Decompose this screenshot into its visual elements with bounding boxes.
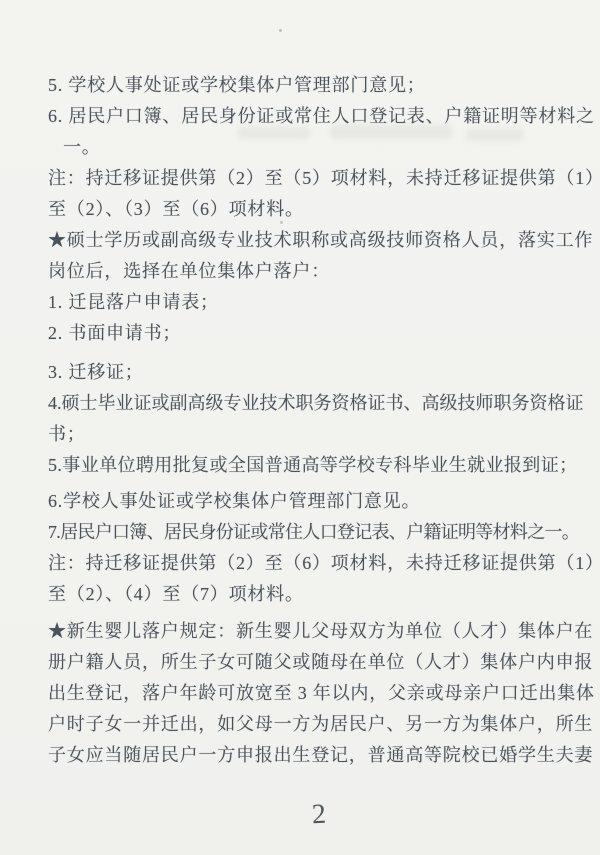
text-line: 4.硕士毕业证或副高级专业技术职务资格证书、高级技师职务资格证 — [48, 388, 568, 419]
text-line: 至（2）、（4）至（7）项材料。 — [48, 579, 568, 610]
section-note-transfer-cert-2: 注：持迁移证提供第（2）至（6）项材料，未持迁移证提供第（1）至（2）、（4）至… — [48, 548, 568, 610]
text-line: ★新生婴儿落户规定：新生婴儿父母双方为单位（人才）集体户在 — [48, 616, 568, 647]
text-line: 7.居民户口簿、居民身份证或常住人口登记表、户籍证明等材料之一。 — [48, 517, 568, 548]
section-master-items-1-2: 1. 迁昆落户申请表；2. 书面申请书； — [48, 287, 568, 349]
text-line: 一。 — [48, 132, 568, 163]
scan-speck — [279, 29, 282, 32]
text-line: 岗位后，选择在单位集体户落户： — [48, 256, 568, 287]
text-line: 册户籍人员，所生子女可随父或随母在单位（人才）集体户内申报 — [48, 647, 568, 678]
text-line: 注：持迁移证提供第（2）至（6）项材料，未持迁移证提供第（1） — [48, 548, 568, 579]
text-line: 1. 迁昆落户申请表； — [48, 287, 568, 318]
text-line: 6.学校人事处证或学校集体户管理部门意见。 — [48, 486, 568, 517]
text-line: 2. 书面申请书； — [48, 318, 568, 349]
text-line: 注：持迁移证提供第（2）至（5）项材料，未持迁移证提供第（1） — [48, 163, 568, 194]
section-note-transfer-cert-1: 注：持迁移证提供第（2）至（5）项材料，未持迁移证提供第（1）至（2）、（3）至… — [48, 163, 568, 225]
document-page: 5. 学校人事处证或学校集体户管理部门意见；6. 居民户口簿、居民身份证或常住人… — [0, 0, 600, 855]
text-line: 户时子女一并迁出，如父母一方为居民户、另一方为集体户，所生 — [48, 709, 568, 740]
section-list-continued: 5. 学校人事处证或学校集体户管理部门意见；6. 居民户口簿、居民身份证或常住人… — [48, 70, 568, 163]
text-line: 出生登记，落户年龄可放宽至 3 年以内，父亲或母亲户口迁出集体 — [48, 678, 568, 709]
text-line: 5. 学校人事处证或学校集体户管理部门意见； — [48, 70, 568, 101]
text-line: 5.事业单位聘用批复或全国普通高等学校专科毕业生就业报到证； — [48, 450, 568, 481]
document-text-block: 5. 学校人事处证或学校集体户管理部门意见；6. 居民户口簿、居民身份证或常住人… — [48, 70, 568, 771]
section-master-items-3-5: 3. 迁移证；4.硕士毕业证或副高级专业技术职务资格证书、高级技师职务资格证书；… — [48, 357, 568, 481]
text-line: 至（2）、（3）至（6）项材料。 — [48, 194, 568, 225]
text-line: 书； — [48, 419, 568, 450]
text-line: 3. 迁移证； — [48, 357, 568, 388]
section-master-degree-intro: ★硕士学历或副高级专业技术职称或高级技师资格人员，落实工作岗位后，选择在单位集体… — [48, 225, 568, 287]
page-number: 2 — [0, 784, 600, 847]
text-line: ★硕士学历或副高级专业技术职称或高级技师资格人员，落实工作 — [48, 225, 568, 256]
text-line: 子女应当随居民户一方申报出生登记，普通高等院校已婚学生夫妻 — [48, 740, 568, 771]
section-master-items-6-7: 6.学校人事处证或学校集体户管理部门意见。7.居民户口簿、居民身份证或常住人口登… — [48, 486, 568, 548]
section-newborn-registration: ★新生婴儿落户规定：新生婴儿父母双方为单位（人才）集体户在册户籍人员，所生子女可… — [48, 616, 568, 771]
text-line: 6. 居民户口簿、居民身份证或常住人口登记表、户籍证明等材料之 — [48, 101, 568, 132]
